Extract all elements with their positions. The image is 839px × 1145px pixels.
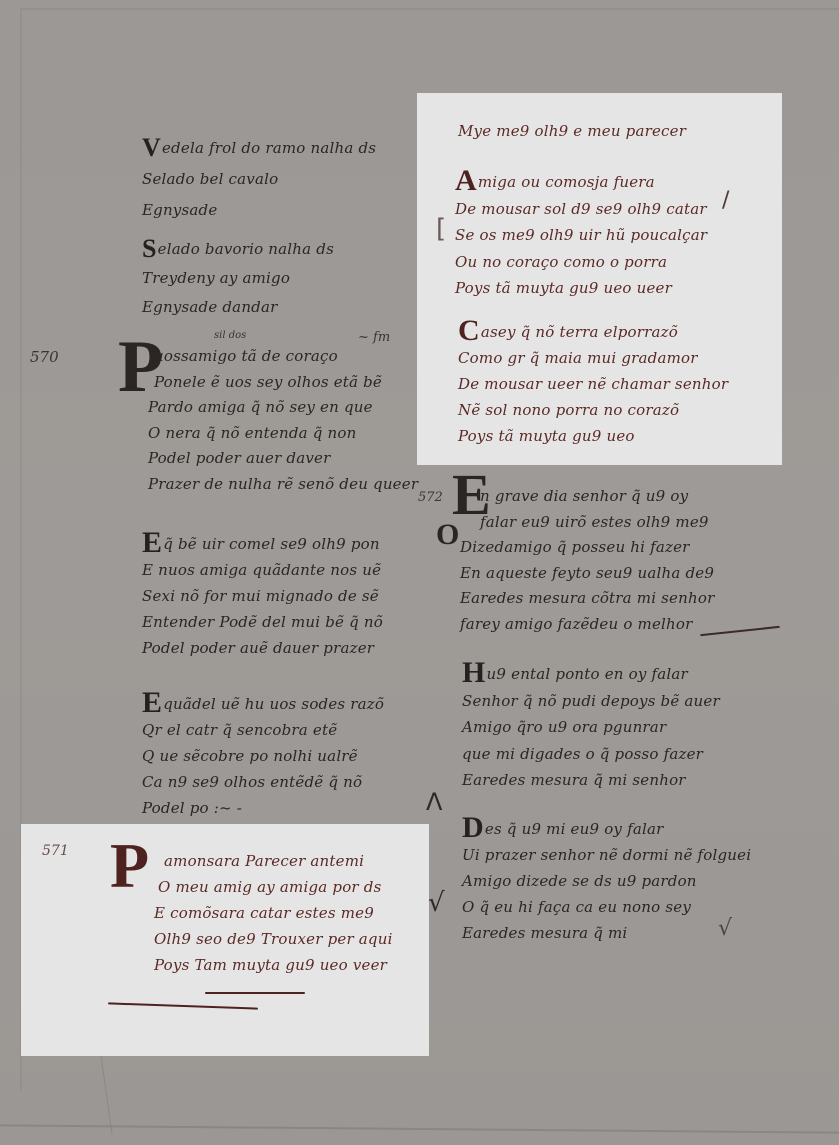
- verse-line: amonsara Parecer antemi: [154, 848, 393, 874]
- stanza-4: Eq̃ bẽ uir comel se9 olh9 pon E nuos ami…: [142, 530, 383, 661]
- verse-line: Poys tã muyta gu9 ueo ueer: [455, 275, 707, 302]
- verse-line: Como gr q̃ maia mui gradamor: [458, 345, 728, 371]
- verse-line: Podel poder auẽ dauer prazer: [142, 635, 383, 661]
- initial-letter: C: [458, 314, 480, 347]
- stanza-vedela: Vedela frol do ramo nalha ds Selado bel …: [142, 132, 376, 226]
- initial-letter: H: [462, 656, 486, 689]
- gloss-note: sil dos: [214, 330, 246, 341]
- verse-line: O meu amig ay amiga por ds: [154, 874, 393, 900]
- verse-line: n grave dia senhor q̃ u9 oy: [480, 484, 709, 510]
- verse-line: Ponele ẽ uos sey olhos etã bẽ: [148, 370, 418, 396]
- poem-570: uossamigo tã de coraço Ponele ẽ uos sey …: [148, 344, 418, 497]
- verse-line: O q̃ eu hi faça ca eu nono sey: [462, 894, 751, 920]
- verse-line: Ou no coraço como o porra: [455, 249, 707, 276]
- verse-line: Egnysade: [142, 195, 376, 226]
- verse-line: E nuos amiga quãdante nos uẽ: [142, 557, 383, 583]
- folio-number: 570: [30, 348, 59, 366]
- verse-line: falar eu9 uirõ estes olh9 me9: [480, 510, 709, 536]
- verse-line: Equãdel uẽ hu uos sodes razõ: [142, 690, 384, 717]
- folio-number: 572: [418, 490, 443, 505]
- check-mark-icon: /: [722, 188, 729, 213]
- verse-line: Q ue sẽcobre po nolhi ualrẽ: [142, 743, 384, 769]
- verse-line: Amigo q̃ro u9 ora pgunrar: [462, 714, 720, 741]
- bracket-mark: [: [436, 214, 446, 244]
- side-initial: O: [436, 520, 459, 550]
- verse-line: En aqueste feyto seu9 ualha de9: [460, 561, 714, 587]
- flourish-stroke: [205, 992, 305, 994]
- folio-number: 571: [42, 843, 69, 859]
- refrain-line: Mye me9 olh9 e meu parecer: [458, 118, 686, 144]
- verse-line: Eq̃ bẽ uir comel se9 olh9 pon: [142, 530, 383, 557]
- stanza-amiga: Amiga ou comosja fuera De mousar sol d9 …: [455, 168, 707, 302]
- verse-line: Se os me9 olh9 uir hũ poucalçar: [455, 222, 707, 249]
- stanza-5: Equãdel uẽ hu uos sodes razõ Qr el catr …: [142, 690, 384, 821]
- poem-572: n grave dia senhor q̃ u9 oy falar eu9 ui…: [480, 484, 709, 535]
- page-edge-top: [20, 8, 839, 10]
- verse-line: farey amigo fazẽdeu o melhor: [460, 612, 714, 638]
- poem-571: amonsara Parecer antemi O meu amig ay am…: [154, 848, 393, 978]
- stanza-selado: Selado bavorio nalha ds Treydeny ay amig…: [142, 234, 334, 322]
- verse-line: Sexi nõ for mui mignado de sẽ: [142, 583, 383, 609]
- verse-line: Selado bavorio nalha ds: [142, 234, 334, 264]
- poem-572-cont: Dizedamigo q̃ posseu hi fazer En aqueste…: [460, 535, 714, 637]
- initial-letter: E: [142, 686, 162, 719]
- verse-line: Ca n9 se9 olhos entẽdẽ q̃ nõ: [142, 769, 384, 795]
- verse-line: Earedes mesura cõtra mi senhor: [460, 586, 714, 612]
- verse-line: O nera q̃ nõ entenda q̃ non: [148, 421, 418, 447]
- verse-line: Entender Podẽ del mui bẽ q̃ nõ: [142, 609, 383, 635]
- verse-line: Podel po :~ -: [142, 795, 384, 821]
- verse-line: Qr el catr q̃ sencobra etẽ: [142, 717, 384, 743]
- decorated-initial: P: [110, 834, 149, 898]
- manuscript-page: Vedela frol do ramo nalha ds Selado bel …: [0, 0, 839, 1145]
- verse-line: Selado bel cavalo: [142, 164, 376, 195]
- verse-line: Casey q̃ nõ terra elporrazõ: [458, 318, 728, 345]
- verse-line: Podel poder auer daver: [148, 446, 418, 472]
- verse-line: Egnysade dandar: [142, 293, 334, 322]
- verse-line: Poys tã muyta gu9 ueo: [458, 423, 728, 449]
- verse-line: Pardo amiga q̃ nõ sey en que: [148, 395, 418, 421]
- page-edge-bottom: [0, 1124, 839, 1133]
- initial-letter: E: [142, 526, 162, 559]
- verse-line: que mi digades o q̃ posso fazer: [462, 741, 720, 768]
- refrain: Mye me9 olh9 e meu parecer: [458, 118, 686, 144]
- margin-note: ~ fm: [358, 330, 390, 345]
- check-mark-icon: √: [718, 916, 732, 941]
- verse-line: Earedes mesura q̃ mi senhor: [462, 767, 720, 794]
- stanza-des: Des q̃ u9 mi eu9 oy falar Ui prazer senh…: [462, 815, 751, 946]
- verse-line: Ui prazer senhor nẽ dormi nẽ folguei: [462, 842, 751, 868]
- caret-mark-icon: Λ: [426, 788, 442, 816]
- verse-line: Poys Tam muyta gu9 ueo veer: [154, 952, 393, 978]
- verse-line: De mousar ueer nẽ chamar senhor: [458, 371, 728, 397]
- initial-letter: D: [462, 811, 484, 844]
- initial-letter: V: [142, 133, 161, 162]
- verse-line: Treydeny ay amigo: [142, 264, 334, 293]
- verse-line: Des q̃ u9 mi eu9 oy falar: [462, 815, 751, 842]
- verse-line: Prazer de nulha rẽ senõ deu queer: [148, 472, 418, 498]
- verse-line: E comõsara catar estes me9: [154, 900, 393, 926]
- initial-letter: A: [455, 164, 477, 197]
- verse-line: De mousar sol d9 se9 olh9 catar: [455, 196, 707, 223]
- verse-line: Olh9 seo de9 Trouxer per aqui: [154, 926, 393, 952]
- verse-line: Senhor q̃ nõ pudi depoys bẽ auer: [462, 688, 720, 715]
- verse-line: Hu9 ental ponto en oy falar: [462, 660, 720, 688]
- verse-line: Vedela frol do ramo nalha ds: [142, 132, 376, 164]
- initial-letter: S: [142, 234, 157, 263]
- verse-line: Nẽ sol nono porra no corazõ: [458, 397, 728, 423]
- verse-line: Earedes mesura q̃ mi: [462, 920, 751, 946]
- check-mark-icon: √: [428, 888, 445, 918]
- verse-line: Amigo dizede se ds u9 pardon: [462, 868, 751, 894]
- stanza-casey: Casey q̃ nõ terra elporrazõ Como gr q̃ m…: [458, 318, 728, 449]
- verse-line: uossamigo tã de coraço: [148, 344, 418, 370]
- stanza-hu: Hu9 ental ponto en oy falar Senhor q̃ nõ…: [462, 660, 720, 794]
- verse-line: Amiga ou comosja fuera: [455, 168, 707, 196]
- verse-line: Dizedamigo q̃ posseu hi fazer: [460, 535, 714, 561]
